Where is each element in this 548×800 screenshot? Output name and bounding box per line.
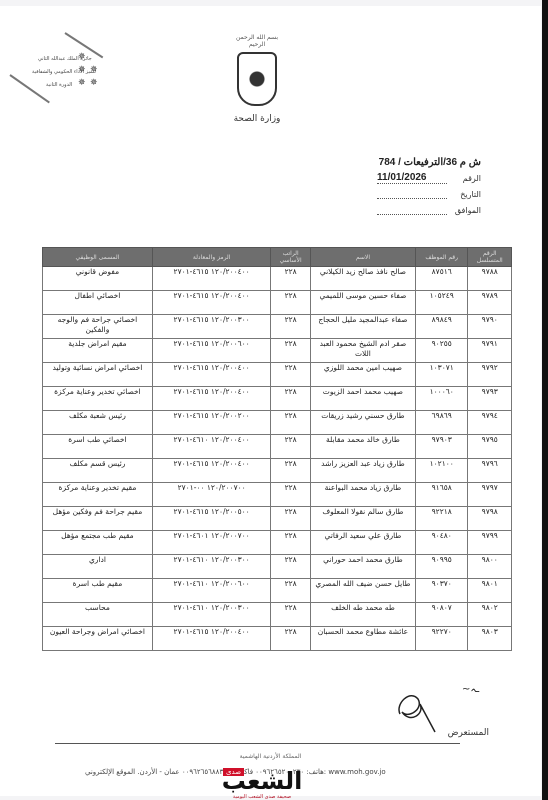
cell-serial: ٩٧٩٢ (468, 363, 512, 387)
hijri-blank (377, 205, 447, 215)
cell-salary: ٢٢٨ (271, 363, 311, 387)
cell-name: طارق خالد محمد مقابلة (310, 435, 415, 459)
cell-title: مفوض قانوني (43, 267, 153, 291)
cell-name: طارق محمد احمد حوراني (310, 555, 415, 579)
document-page: ✵ ✵ ✵ ✵ ✵ جائزة الملك عبدالله الثاني لتم… (0, 6, 541, 796)
cell-code: ١٢٠/٢٠٠٤٠٠ ٤٦١٥-٢٧٠١ (152, 291, 270, 315)
cell-name: صقر ادم الشيخ محمود العبد اللات (310, 339, 415, 363)
table-row: ٩٨٠٣٩٢٢٧٠عائشة مطاوع محمد الحسبان٢٢٨١٢٠/… (43, 627, 512, 651)
table-row: ٩٨٠١٩٠٣٧٠طايل حسن ضيف الله المصري٢٢٨١٢٠/… (43, 579, 512, 603)
cell-name: طارق زياد عبد العزيز راشد (310, 459, 415, 483)
cell-serial: ٩٧٩٩ (468, 531, 512, 555)
promotions-table: الرقم المتسلسل رقم الموظف الاسم الراتب ا… (42, 247, 512, 651)
cell-code: ١٢٠/٢٠٠٤٠٠ ٤٦١٥-٢٧٠١ (152, 363, 270, 387)
cell-name: طارق علي سعيد الرفاتي (310, 531, 415, 555)
cell-code: ١٢٠/٢٠٠٦٠٠ ٤٦١٥-٢٧٠١ (152, 339, 270, 363)
date-value: 11/01/2026 (377, 172, 447, 184)
cell-employee-number: ٩٠٨٠٧ (415, 603, 468, 627)
table-row: ٩٧٩٣١٠٠٠٦٠صهيب محمد احمد الزيوت٢٢٨١٢٠/٢٠… (43, 387, 512, 411)
table-row: ٩٨٠٢٩٠٨٠٧طه محمد طه الخلف٢٢٨١٢٠/٢٠٠٣٠٠ ٤… (43, 603, 512, 627)
cell-salary: ٢٢٨ (271, 555, 311, 579)
table-row: ٩٧٩٩٩٠٤٨٠طارق علي سعيد الرفاتي٢٢٨١٢٠/٢٠٠… (43, 531, 512, 555)
cell-employee-number: ٩٠٩٩٥ (415, 555, 468, 579)
cell-employee-number: ٩٠٢٥٥ (415, 339, 468, 363)
cell-salary: ٢٢٨ (271, 579, 311, 603)
cell-employee-number: ١٠٢١٠٠ (415, 459, 468, 483)
cell-salary: ٢٢٨ (271, 339, 311, 363)
cell-serial: ٩٧٨٩ (468, 291, 512, 315)
basmala: بسم الله الرحمن الرحيم (232, 34, 282, 48)
cell-serial: ٩٧٩٠ (468, 315, 512, 339)
award-stamp: ✵ ✵ ✵ ✵ ✵ جائزة الملك عبدالله الثاني لتم… (10, 32, 105, 112)
cell-salary: ٢٢٨ (271, 603, 311, 627)
cell-serial: ٩٨٠٠ (468, 555, 512, 579)
cell-serial: ٩٧٩١ (468, 339, 512, 363)
star-icon: ✵ (90, 78, 98, 88)
number-label: الرقم (451, 174, 481, 183)
cell-title: مقيم امراض جلدية (43, 339, 153, 363)
date-label: التاريخ (451, 190, 481, 199)
table-header-row: الرقم المتسلسل رقم الموظف الاسم الراتب ا… (43, 248, 512, 267)
header-name: الاسم (310, 248, 415, 267)
cell-serial: ٩٧٩٨ (468, 507, 512, 531)
cell-employee-number: ٩٠٤٨٠ (415, 531, 468, 555)
cell-employee-number: ١٠٣٠٧١ (415, 363, 468, 387)
cell-employee-number: ٩٠٣٧٠ (415, 579, 468, 603)
cell-title: اخصائي تخدير وعناية مركزة (43, 387, 153, 411)
cell-title: اخصائي امراض وجراحة العيون (43, 627, 153, 651)
table-row: ٩٧٩٥٩٧٩٠٣طارق خالد محمد مقابلة٢٢٨١٢٠/٢٠٠… (43, 435, 512, 459)
attached-label: المستعرض (448, 728, 489, 738)
cell-code: ١٢٠/٢٠٠٤٠٠ ٤٦١٥-٢٧٠١ (152, 387, 270, 411)
table-row: ٩٧٨٨٨٧٥١٦صالح نافذ صالح زيد الكيلاني٢٢٨١… (43, 267, 512, 291)
cell-title: اخصائي طب اسرة (43, 435, 153, 459)
newspaper-watermark-logo: صدى الشعب صحيفة صدى الشعب اليومية (217, 768, 307, 800)
hijri-label: الموافق (451, 206, 481, 215)
cell-employee-number: ٨٧٥١٦ (415, 267, 468, 291)
reference-block: ش م 36/الترفيعات / 784 الرقم 11/01/2026 … (377, 154, 481, 218)
cell-salary: ٢٢٨ (271, 483, 311, 507)
table-row: ٩٧٩٧٩١٦٥٨طارق زياد محمد البواعنة٢٢٨١٢٠/٢… (43, 483, 512, 507)
header-title: المسمى الوظيفي (43, 248, 153, 267)
cell-serial: ٩٧٩٣ (468, 387, 512, 411)
cell-name: صهيب محمد احمد الزيوت (310, 387, 415, 411)
cell-code: ١٢٠/٢٠٠٢٠٠ ٤٦١٥-٢٧٠١ (152, 411, 270, 435)
header-code: الرمز والمعادلة (152, 248, 270, 267)
cell-title: اخصائي امراض نسائية وتوليد (43, 363, 153, 387)
cell-salary: ٢٢٨ (271, 507, 311, 531)
stamp-line: لتميز الأداء الحكومي والشفافية (32, 69, 96, 75)
cell-salary: ٢٢٨ (271, 435, 311, 459)
cell-name: طارق زياد محمد البواعنة (310, 483, 415, 507)
footer-country: المملكة الأردنية الهاشمية (0, 753, 541, 760)
cell-salary: ٢٢٨ (271, 531, 311, 555)
cell-title: مقيم تخدير وعناية مركزة (43, 483, 153, 507)
cell-salary: ٢٢٨ (271, 627, 311, 651)
table-row: ٩٧٩٦١٠٢١٠٠طارق زياد عبد العزيز راشد٢٢٨١٢… (43, 459, 512, 483)
date-blank (377, 189, 447, 199)
table-row: ٩٧٩١٩٠٢٥٥صقر ادم الشيخ محمود العبد اللات… (43, 339, 512, 363)
cell-name: طارق حسني رشيد زريقات (310, 411, 415, 435)
cell-serial: ٩٨٠٢ (468, 603, 512, 627)
cell-employee-number: ٨٩٨٤٩ (415, 315, 468, 339)
cell-title: اداري (43, 555, 153, 579)
table-row: ٩٧٩٨٩٢٢١٨طارق سالم نقولا المعلوف٢٢٨١٢٠/٢… (43, 507, 512, 531)
cell-name: طه محمد طه الخلف (310, 603, 415, 627)
cell-code: ١٢٠/٢٠٠٣٠٠ ٤٦١٥-٢٧٠١ (152, 315, 270, 339)
cell-serial: ٩٧٩٦ (468, 459, 512, 483)
cell-name: صفاء حسين موسى اللميمي (310, 291, 415, 315)
cell-employee-number: ٩١٦٥٨ (415, 483, 468, 507)
cell-employee-number: ١٠٠٠٦٠ (415, 387, 468, 411)
cell-salary: ٢٢٨ (271, 267, 311, 291)
cell-salary: ٢٢٨ (271, 315, 311, 339)
cell-code: ١٢٠/٢٠٠٣٠٠ ٤٦١٠-٢٧٠١ (152, 555, 270, 579)
page-edge (542, 0, 548, 800)
cell-serial: ٩٨٠٣ (468, 627, 512, 651)
cell-title: اخصائي جراحة فم والوجه والفكين (43, 315, 153, 339)
cell-title: اخصائي اطفال (43, 291, 153, 315)
cell-serial: ٩٧٩٧ (468, 483, 512, 507)
cell-serial: ٩٧٩٥ (468, 435, 512, 459)
table-row: ٩٧٩٢١٠٣٠٧١صهيب امين محمد اللوزي٢٢٨١٢٠/٢٠… (43, 363, 512, 387)
star-icon: ✵ (78, 78, 86, 88)
cell-title: مقيم طب اسرة (43, 579, 153, 603)
reference-number: ش م 36/الترفيعات / 784 (379, 157, 481, 168)
cell-code: ١٢٠/٢٠٠٤٠٠ ٤٦١٥-٢٧٠١ (152, 459, 270, 483)
cell-employee-number: ٦٩٨٦٩ (415, 411, 468, 435)
header-employee-number: رقم الموظف (415, 248, 468, 267)
cell-title: مقيم طب مجتمع مؤهل (43, 531, 153, 555)
cell-employee-number: ٩٢٢٧٠ (415, 627, 468, 651)
cell-title: رئيس شعبة مكلف (43, 411, 153, 435)
cell-salary: ٢٢٨ (271, 291, 311, 315)
cell-title: رئيس قسم مكلف (43, 459, 153, 483)
stamp-line: الدورة الثانية (46, 82, 72, 88)
cell-name: صهيب امين محمد اللوزي (310, 363, 415, 387)
cell-name: عائشة مطاوع محمد الحسبان (310, 627, 415, 651)
cell-code: ١٢٠/٢٠٠٥٠٠ ٤٦١٥-٢٧٠١ (152, 507, 270, 531)
header-serial: الرقم المتسلسل (468, 248, 512, 267)
cell-name: طارق سالم نقولا المعلوف (310, 507, 415, 531)
footer-divider (55, 743, 460, 744)
cell-name: طايل حسن ضيف الله المصري (310, 579, 415, 603)
cell-code: ١٢٠/٢٠٠٤٠٠ ٤٦١٥-٢٧٠١ (152, 267, 270, 291)
cell-serial: ٩٨٠١ (468, 579, 512, 603)
letterhead-crest: بسم الله الرحمن الرحيم وزارة الصحة (232, 34, 282, 134)
cell-employee-number: ٩٧٩٠٣ (415, 435, 468, 459)
ministry-name: وزارة الصحة (232, 114, 282, 124)
signature (390, 684, 450, 734)
cell-serial: ٩٧٨٨ (468, 267, 512, 291)
cell-employee-number: ١٠٥٢٤٩ (415, 291, 468, 315)
cell-code: ١٢٠/٢٠٠٤٠٠ ٤٦١٠-٢٧٠١ (152, 435, 270, 459)
cell-code: ١٢٠/٢٠٠٤٠٠ ٤٦١٥-٢٧٠١ (152, 627, 270, 651)
table-row: ٩٧٩٤٦٩٨٦٩طارق حسني رشيد زريقات٢٢٨١٢٠/٢٠٠… (43, 411, 512, 435)
cell-salary: ٢٢٨ (271, 387, 311, 411)
table-row: ٩٧٩٠٨٩٨٤٩صفاء عبدالمجيد مليل الحجاج٢٢٨١٢… (43, 315, 512, 339)
cell-code: ١٢٠/٢٠٠٦٠٠ ٤٦١٠-٢٧٠١ (152, 579, 270, 603)
cell-code: ١٢٠/٢٠٠٧٠٠ ٠٠-٢٧٠١ (152, 483, 270, 507)
logo-tag: صدى (223, 768, 244, 776)
cell-salary: ٢٢٨ (271, 411, 311, 435)
cell-salary: ٢٢٨ (271, 459, 311, 483)
coat-of-arms-icon (237, 52, 277, 106)
header-salary: الراتب الأساسي (271, 248, 311, 267)
initials-signature: ~ـہ (462, 684, 479, 695)
cell-code: ١٢٠/٢٠٠٣٠٠ ٤٦١٠-٢٧٠١ (152, 603, 270, 627)
stamp-line: جائزة الملك عبدالله الثاني (38, 56, 92, 62)
cell-title: محاسب (43, 603, 153, 627)
cell-name: صفاء عبدالمجيد مليل الحجاج (310, 315, 415, 339)
cell-title: مقيم جراحة فم وفكين مؤهل (43, 507, 153, 531)
cell-employee-number: ٩٢٢١٨ (415, 507, 468, 531)
table-row: ٩٨٠٠٩٠٩٩٥طارق محمد احمد حوراني٢٢٨١٢٠/٢٠٠… (43, 555, 512, 579)
cell-serial: ٩٧٩٤ (468, 411, 512, 435)
cell-name: صالح نافذ صالح زيد الكيلاني (310, 267, 415, 291)
table-row: ٩٧٨٩١٠٥٢٤٩صفاء حسين موسى اللميمي٢٢٨١٢٠/٢… (43, 291, 512, 315)
cell-code: ١٢٠/٢٠٠٧٠٠ ٤٦٠١-٢٧٠١ (152, 531, 270, 555)
